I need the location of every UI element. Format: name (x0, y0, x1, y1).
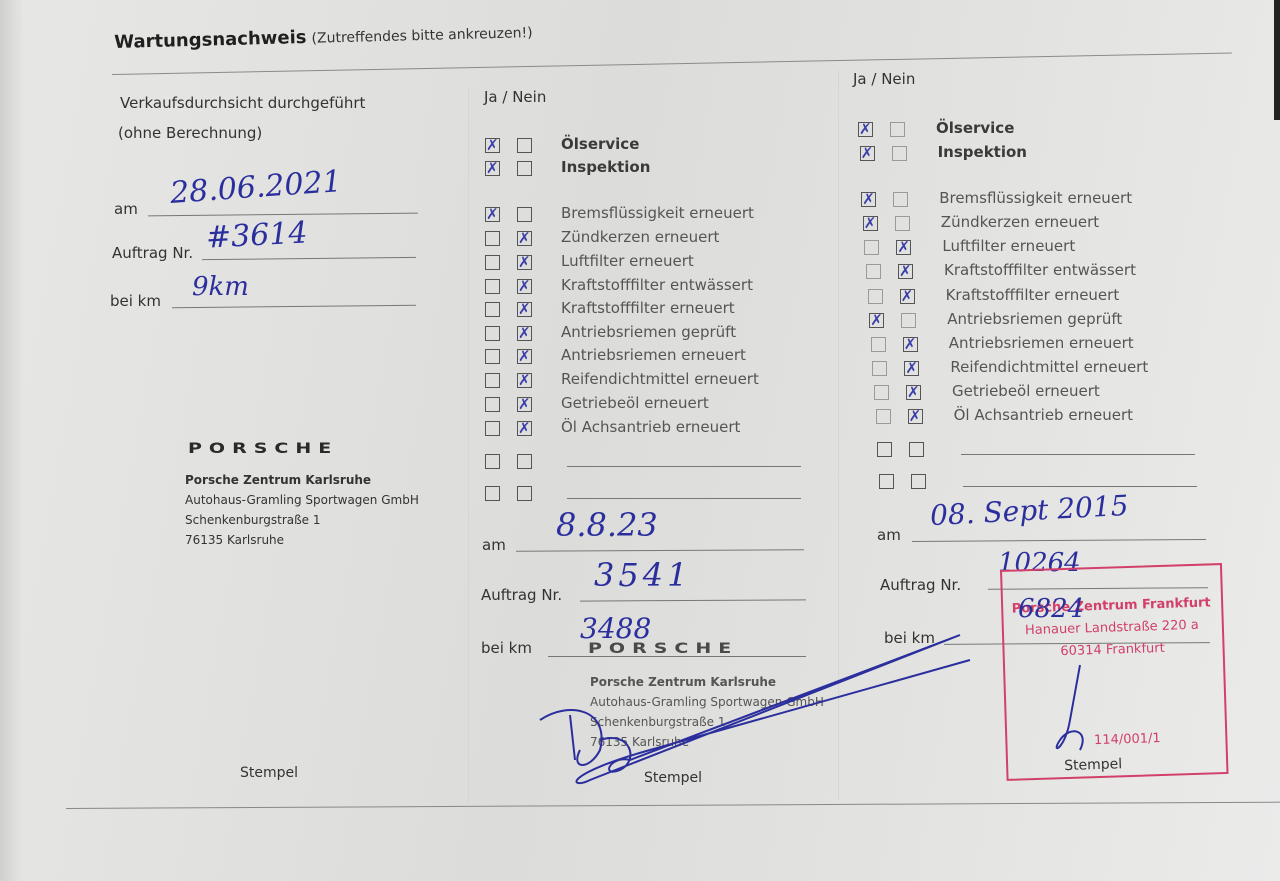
checklist-label: Bremsflüssigkeit erneuert (939, 189, 1132, 207)
check-mark-icon: ✗ (904, 337, 917, 352)
check-mark-icon: ✗ (518, 302, 531, 317)
checklist-label: Getriebeöl erneuert (561, 394, 709, 412)
checkbox-ja[interactable] (485, 255, 500, 270)
check-mark-icon: ✗ (870, 313, 883, 328)
checkbox-nein[interactable] (901, 313, 916, 328)
auftrag-value[interactable]: #3614 (205, 215, 308, 255)
am-label: am (877, 526, 901, 544)
title-text: Wartungsnachweis (114, 27, 307, 53)
checklist-label: Zündkerzen erneuert (561, 228, 719, 246)
dealer-street: Schenkenburgstraße 1 (185, 510, 419, 530)
ja-nein-header: Ja / Nein (484, 88, 546, 106)
checkbox-nein[interactable] (517, 454, 532, 469)
checkbox-ja[interactable] (877, 442, 892, 457)
checkbox-nein[interactable] (890, 122, 905, 137)
heading-line1: Verkaufsdurchsicht durchgeführt (120, 94, 365, 112)
signature-icon (530, 620, 990, 800)
check-mark-icon: ✗ (486, 161, 499, 176)
check-mark-icon: ✗ (864, 216, 877, 231)
checkbox-ja[interactable] (879, 474, 894, 489)
checkbox-ja[interactable] (485, 486, 500, 501)
checkbox-nein[interactable]: ✗ (900, 289, 915, 304)
checklist-label: Getriebeöl erneuert (952, 382, 1100, 400)
km-line (172, 305, 416, 309)
check-mark-icon: ✗ (899, 264, 912, 279)
am-line (912, 539, 1206, 542)
checkbox-ja[interactable]: ✗ (860, 146, 875, 161)
km-label: bei km (884, 629, 935, 647)
checkbox-ja[interactable] (485, 397, 500, 412)
auftrag-line (202, 257, 416, 260)
checkbox-nein[interactable]: ✗ (517, 421, 532, 436)
check-mark-icon: ✗ (518, 373, 531, 388)
checkbox-nein[interactable]: ✗ (517, 326, 532, 341)
check-mark-icon: ✗ (518, 255, 531, 270)
checkbox-nein[interactable]: ✗ (517, 302, 532, 317)
checkbox-ja[interactable] (872, 361, 887, 376)
column-divider (468, 88, 469, 803)
checkbox-ja[interactable] (876, 409, 891, 424)
am-line (516, 549, 804, 552)
dealer-city: 76135 Karlsruhe (185, 530, 419, 550)
checkbox-ja[interactable]: ✗ (485, 161, 500, 176)
km-label: bei km (110, 292, 161, 310)
blank-line (567, 466, 801, 467)
heading-line2: (ohne Berechnung) (118, 124, 262, 142)
form-title: Wartungsnachweis (Zutreffendes bitte ank… (114, 21, 533, 53)
stamp-label: Stempel (644, 770, 702, 786)
check-mark-icon: ✗ (901, 289, 914, 304)
km-value[interactable]: 6824 (1018, 594, 1084, 624)
checklist-label: Öl Achsantrieb erneuert (954, 406, 1133, 424)
checkbox-ja[interactable] (871, 337, 886, 352)
check-mark-icon: ✗ (518, 349, 531, 364)
checkbox-ja[interactable]: ✗ (869, 313, 884, 328)
auftrag-label: Auftrag Nr. (880, 576, 961, 594)
check-mark-icon: ✗ (518, 421, 531, 436)
checkbox-ja[interactable]: ✗ (485, 138, 500, 153)
porsche-logo: PORSCHE (188, 440, 338, 457)
checkbox-ja[interactable] (864, 240, 879, 255)
signature-icon (1040, 660, 1120, 760)
checkbox-nein[interactable] (517, 161, 532, 176)
checkbox-ja[interactable] (485, 349, 500, 364)
checkbox-ja[interactable] (485, 279, 500, 294)
checkbox-nein[interactable]: ✗ (896, 240, 911, 255)
checkbox-nein[interactable] (517, 486, 532, 501)
checkbox-nein[interactable]: ✗ (517, 349, 532, 364)
checkbox-ja[interactable] (485, 326, 500, 341)
checklist-label: Antriebsriemen geprüft (947, 310, 1122, 328)
checkbox-ja[interactable] (485, 454, 500, 469)
am-value[interactable]: 28.06.2021 (169, 164, 343, 211)
checkbox-ja[interactable] (485, 373, 500, 388)
checklist-label: Zündkerzen erneuert (941, 213, 1099, 231)
checkbox-nein[interactable] (911, 474, 926, 489)
checkbox-nein[interactable] (895, 216, 910, 231)
checkbox-ja[interactable]: ✗ (861, 192, 876, 207)
check-mark-icon: ✗ (909, 409, 922, 424)
check-mark-icon: ✗ (518, 231, 531, 246)
checklist-label: Reifendichtmittel erneuert (950, 358, 1148, 376)
km-value[interactable]: 9km (192, 272, 249, 302)
checkbox-ja[interactable] (485, 302, 500, 317)
checklist-label: Antriebsriemen geprüft (561, 323, 736, 341)
document-page: Wartungsnachweis (Zutreffendes bitte ank… (0, 0, 1280, 881)
checkbox-ja[interactable] (485, 421, 500, 436)
checkbox-ja[interactable] (874, 385, 889, 400)
checkbox-nein[interactable]: ✗ (903, 337, 918, 352)
checkbox-nein[interactable]: ✗ (517, 397, 532, 412)
check-mark-icon: ✗ (905, 361, 918, 376)
checklist-label: Ölservice (936, 119, 1014, 137)
am-label: am (114, 200, 138, 218)
checkbox-nein[interactable]: ✗ (517, 373, 532, 388)
checkbox-nein[interactable] (517, 207, 532, 222)
checkbox-ja[interactable]: ✗ (863, 216, 878, 231)
check-mark-icon: ✗ (518, 397, 531, 412)
checkbox-nein[interactable]: ✗ (517, 279, 532, 294)
checkbox-nein[interactable]: ✗ (517, 255, 532, 270)
check-mark-icon: ✗ (518, 326, 531, 341)
page-shadow (0, 0, 22, 881)
checklist-label: Öl Achsantrieb erneuert (561, 418, 740, 436)
checklist-label: Kraftstofffilter erneuert (946, 286, 1120, 304)
checkbox-nein[interactable]: ✗ (904, 361, 919, 376)
checkbox-nein[interactable] (892, 146, 907, 161)
dealer-name: Porsche Zentrum Karlsruhe (185, 470, 419, 490)
auftrag-line (580, 599, 806, 601)
checkbox-ja[interactable] (866, 264, 881, 279)
check-mark-icon: ✗ (897, 240, 910, 255)
checklist-label: Antriebsriemen erneuert (561, 346, 746, 364)
checkbox-nein[interactable] (909, 442, 924, 457)
check-mark-icon: ✗ (518, 279, 531, 294)
header-divider (112, 52, 1232, 75)
page-edge (1274, 0, 1280, 120)
auftrag-label: Auftrag Nr. (112, 244, 193, 262)
check-mark-icon: ✗ (486, 138, 499, 153)
am-value[interactable]: 08. Sept 2015 (929, 489, 1129, 532)
checklist-label: Inspektion (938, 143, 1027, 161)
checkbox-nein[interactable]: ✗ (898, 264, 913, 279)
checklist-label: Ölservice (561, 135, 639, 153)
blank-line (963, 486, 1197, 487)
am-label: am (482, 536, 506, 554)
km-label: bei km (481, 639, 532, 657)
checkbox-ja[interactable]: ✗ (858, 122, 873, 137)
checkbox-nein[interactable] (517, 138, 532, 153)
blank-line (961, 454, 1195, 455)
checklist-label: Kraftstofffilter entwässert (561, 276, 753, 294)
check-mark-icon: ✗ (486, 207, 499, 222)
blank-line (567, 498, 801, 499)
checklist-label: Luftfilter erneuert (942, 237, 1075, 255)
checklist-label: Kraftstofffilter entwässert (944, 261, 1136, 279)
checkbox-nein[interactable]: ✗ (906, 385, 921, 400)
ja-nein-header: Ja / Nein (853, 70, 915, 88)
check-mark-icon: ✗ (907, 385, 920, 400)
checkbox-nein[interactable]: ✗ (908, 409, 923, 424)
checkbox-ja[interactable]: ✗ (485, 207, 500, 222)
dealer-address: Porsche Zentrum Karlsruhe Autohaus-Graml… (185, 470, 419, 550)
check-mark-icon: ✗ (861, 146, 874, 161)
dealer-company: Autohaus-Gramling Sportwagen GmbH (185, 490, 419, 510)
subtitle-text: (Zutreffendes bitte ankreuzen!) (311, 25, 532, 47)
stamp-city: 60314 Frankfurt (1012, 639, 1212, 660)
checkbox-ja[interactable] (868, 289, 883, 304)
check-mark-icon: ✗ (859, 122, 872, 137)
checklist-label: Luftfilter erneuert (561, 252, 694, 270)
checkbox-nein[interactable]: ✗ (517, 231, 532, 246)
checklist-label: Reifendichtmittel erneuert (561, 370, 759, 388)
stamp-label: Stempel (240, 765, 298, 781)
footer-divider (66, 802, 1280, 809)
checklist-label: Kraftstofffilter erneuert (561, 299, 735, 317)
check-mark-icon: ✗ (862, 192, 875, 207)
auftrag-value[interactable]: 3541 (594, 556, 691, 594)
auftrag-label: Auftrag Nr. (481, 586, 562, 604)
checklist-label: Bremsflüssigkeit erneuert (561, 204, 754, 222)
checkbox-nein[interactable] (893, 192, 908, 207)
am-value[interactable]: 8.8.23 (556, 506, 658, 544)
checklist-label: Inspektion (561, 158, 650, 176)
checklist-label: Antriebsriemen erneuert (949, 334, 1134, 352)
checkbox-ja[interactable] (485, 231, 500, 246)
